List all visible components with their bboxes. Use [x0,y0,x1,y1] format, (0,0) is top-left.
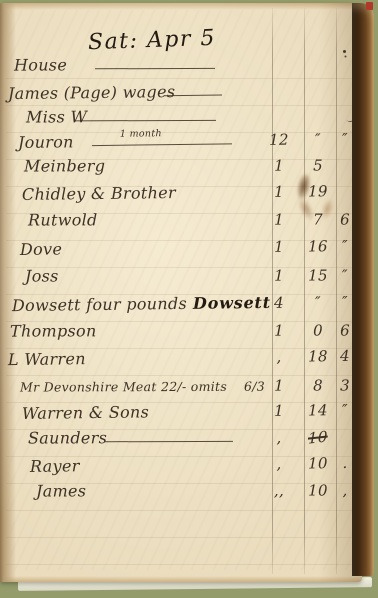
date-heading: Sat: Apr 5 [88,26,217,55]
ledger-row: Jouron 1 month 12 ″ ″ [0,129,362,157]
shillings-value: 15 [303,266,333,284]
entry-name: Rayer [30,456,80,476]
ledger-row: Mr Devonshire Meat 22/- omits 6/3 1 8 3 [0,375,362,400]
shillings-value: 18 [303,347,333,365]
stray-ink-speck [343,50,346,53]
pounds-value: 1 [262,183,296,201]
entry-note: 1 month [120,128,162,140]
ledger-row: Saunders , 10 [0,427,362,452]
ledger-row: House [0,54,362,79]
entry-overwrite: Dowsett [193,293,271,313]
shillings-value: ″ [303,130,333,148]
scanned-ledger-page: Sat: Apr 5 House James (Page) wages Miss… [0,0,378,598]
entry-name: L Warren [8,349,86,369]
entry-name: House [14,55,67,74]
entry-name: Chidley & Brother [22,183,176,204]
ledger-row: Rayer , 10 . [0,453,362,481]
entry-name: Saunders [28,428,107,447]
entry-name: James [36,481,86,500]
entry-name: Meinberg [24,156,105,175]
ledger-row: James (Page) wages [0,80,362,108]
pounds-value: 1 [262,377,296,395]
entry-name: Dowsett four poundsDowsett [12,293,271,315]
shillings-value: 8 [303,376,333,394]
ledger-row: Thompson 1 0 6 [0,320,362,345]
entry-name: James (Page) wages [8,82,176,103]
red-corner-mark [366,2,373,10]
ledger-row: L Warren , 18 4 [0,346,362,374]
pounds-value: , [262,455,296,473]
entry-name: Mr Devonshire Meat 22/- omits [20,379,227,395]
pounds-value: , [262,429,296,447]
shillings-value-struck: 10 [303,428,333,446]
dash-rule [164,94,222,96]
ledger-row: Joss 1 15 ″ [0,265,362,290]
book-spine-edge [352,3,374,576]
shillings-value: 14 [303,401,333,419]
entry-name: Jouron [18,132,74,152]
entry-name: Thompson [10,321,97,340]
entry-name: Joss [25,266,59,285]
ledger-row: Miss W [0,106,362,131]
entry-name: Rutwold [28,210,98,229]
entry-name: Warren & Sons [22,402,149,423]
pounds-value: ,, [262,482,296,500]
dash-rule [74,120,216,121]
pounds-value: 1 [262,322,296,340]
ledger-row: Dowsett four poundsDowsett 4 ″ ″ [0,292,362,320]
pounds-value: 1 [262,402,296,420]
ledger-content: Sat: Apr 5 House James (Page) wages Miss… [0,0,378,598]
pounds-value: 12 [262,131,296,149]
dash-rule [92,143,232,146]
pounds-value: 1 [262,267,296,285]
entry-name: Dove [20,239,62,259]
pounds-value: 1 [262,157,296,175]
shillings-value: 10 [303,481,333,499]
dash-rule [105,441,233,442]
pounds-value: 1 [262,211,296,229]
ledger-row: James ,, 10 , [0,480,362,505]
entry-name: Miss W [26,107,87,126]
dash-rule [95,68,215,69]
pounds-value: , [262,348,296,366]
ledger-row: Dove 1 16 ″ [0,236,362,264]
shillings-value: 10 [303,454,333,472]
shillings-value: 0 [303,321,333,339]
shillings-value: ″ [303,293,333,311]
shillings-value: 16 [303,237,333,255]
pounds-value: 4 [262,294,296,312]
ledger-row: Warren & Sons 1 14 ″ [0,400,362,428]
pounds-value: 1 [262,238,296,256]
